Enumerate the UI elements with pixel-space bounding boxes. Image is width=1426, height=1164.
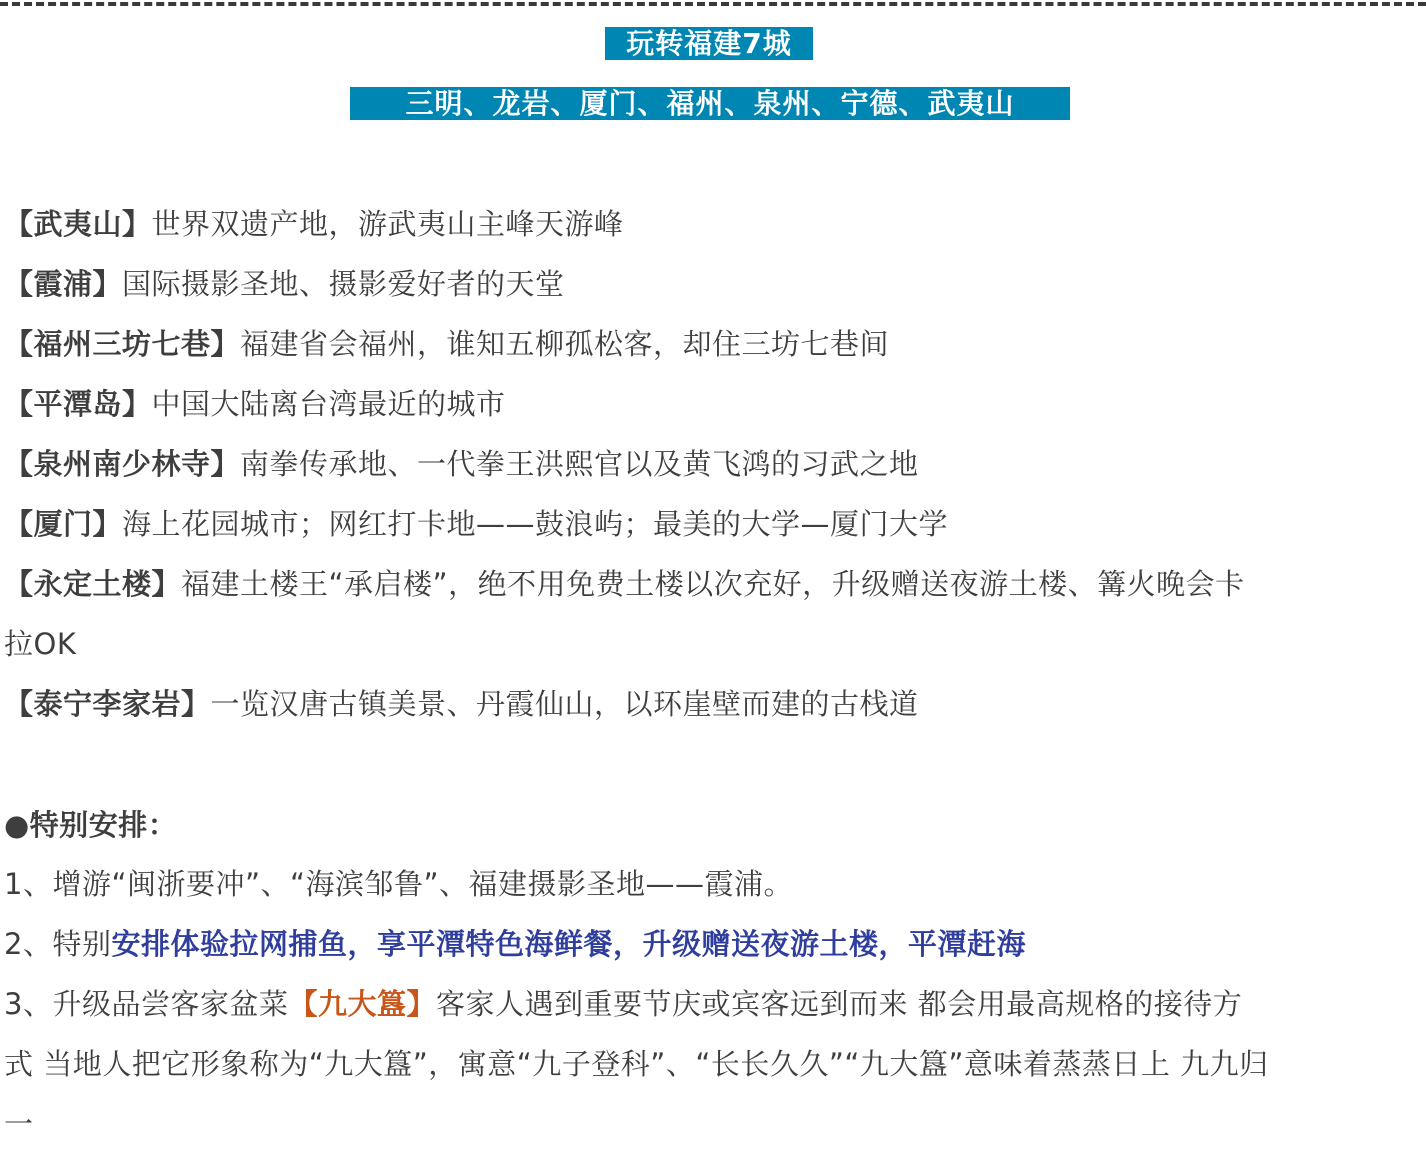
special-item: 1、增游“闽浙要冲”、“海滨邹鲁”、福建摄影圣地——霞浦。 (4, 854, 1422, 914)
page-title: 玩转福建7城 (605, 27, 813, 60)
highlight-tag: 【霞浦】 (4, 267, 122, 301)
highlight-item: 【福州三坊七巷】福建省会福州，谁知五柳孤松客，却住三坊七巷间 (4, 314, 1422, 374)
special-item: 3、升级品尝客家盆菜【九大簋】客家人遇到重要节庆或宾客远到而来 都会用最高规格的… (4, 974, 1422, 1034)
dashed-divider (0, 2, 1426, 6)
highlight-item: 【永定土楼】福建土楼王“承启楼”，绝不用免费土楼以次充好，升级赠送夜游土楼、篝火… (4, 554, 1422, 614)
special-text: 式 当地人把它形象称为“九大簋”，寓意“九子登科”、“长长久久”“九大簋”意味着… (4, 1047, 1269, 1081)
highlight-text: 中国大陆离台湾最近的城市 (152, 387, 506, 421)
special-suffix: 客家人遇到重要节庆或宾客远到而来 都会用最高规格的接待方 (436, 987, 1242, 1021)
highlight-item: 【厦门】海上花园城市；网红打卡地——鼓浪屿；最美的大学—厦门大学 (4, 494, 1422, 554)
special-prefix: 3、升级品尝客家盆菜 (4, 987, 288, 1021)
highlight-item: 【霞浦】国际摄影圣地、摄影爱好者的天堂 (4, 254, 1422, 314)
highlight-tag: 【武夷山】 (4, 207, 152, 241)
special-heading: ●特别安排： (4, 795, 1422, 855)
highlight-tag: 【福州三坊七巷】 (4, 327, 240, 361)
special-item-continued: 式 当地人把它形象称为“九大簋”，寓意“九子登科”、“长长久久”“九大簋”意味着… (4, 1034, 1422, 1094)
special-highlight: 【九大簋】 (288, 987, 436, 1021)
special-item: 2、特别安排体验拉网捕鱼，享平潭特色海鲜餐，升级赠送夜游土楼，平潭赶海 (4, 914, 1422, 974)
highlight-tag: 【厦门】 (4, 507, 122, 541)
highlight-tag: 【泉州南少林寺】 (4, 447, 240, 481)
highlight-tag: 【平潭岛】 (4, 387, 152, 421)
highlight-text: 海上花园城市；网红打卡地——鼓浪屿；最美的大学—厦门大学 (122, 507, 948, 541)
highlight-tag: 【泰宁李家岩】 (4, 687, 211, 721)
cities-subtitle: 三明、龙岩、厦门、福州、泉州、宁德、武夷山 (350, 87, 1070, 120)
highlight-tag: 【永定土楼】 (4, 567, 181, 601)
special-prefix: 2、特别 (4, 927, 111, 961)
highlight-text: 拉OK (4, 627, 76, 661)
special-item-continued: 一 (4, 1094, 1422, 1154)
highlight-text: 福建土楼王“承启楼”，绝不用免费土楼以次充好，升级赠送夜游土楼、篝火晚会卡 (181, 567, 1245, 601)
highlight-text: 一览汉唐古镇美景、丹霞仙山，以环崖壁而建的古栈道 (211, 687, 919, 721)
highlight-item: 【泰宁李家岩】一览汉唐古镇美景、丹霞仙山，以环崖壁而建的古栈道 (4, 674, 1422, 734)
special-highlight: 安排体验拉网捕鱼，享平潭特色海鲜餐，升级赠送夜游土楼，平潭赶海 (111, 927, 1026, 961)
highlight-item: 【泉州南少林寺】南拳传承地、一代拳王洪熙官以及黄飞鸿的习武之地 (4, 434, 1422, 494)
highlight-text: 南拳传承地、一代拳王洪熙官以及黄飞鸿的习武之地 (240, 447, 919, 481)
highlight-text: 国际摄影圣地、摄影爱好者的天堂 (122, 267, 565, 301)
highlight-text: 福建省会福州，谁知五柳孤松客，却住三坊七巷间 (240, 327, 889, 361)
special-text: 一 (4, 1107, 34, 1141)
highlight-item: 【武夷山】世界双遗产地，游武夷山主峰天游峰 (4, 194, 1422, 254)
highlight-item-continued: 拉OK (4, 614, 1422, 674)
highlight-item: 【平潭岛】中国大陆离台湾最近的城市 (4, 374, 1422, 434)
special-text: 1、增游“闽浙要冲”、“海滨邹鲁”、福建摄影圣地——霞浦。 (4, 867, 793, 901)
highlight-text: 世界双遗产地，游武夷山主峰天游峰 (152, 207, 624, 241)
